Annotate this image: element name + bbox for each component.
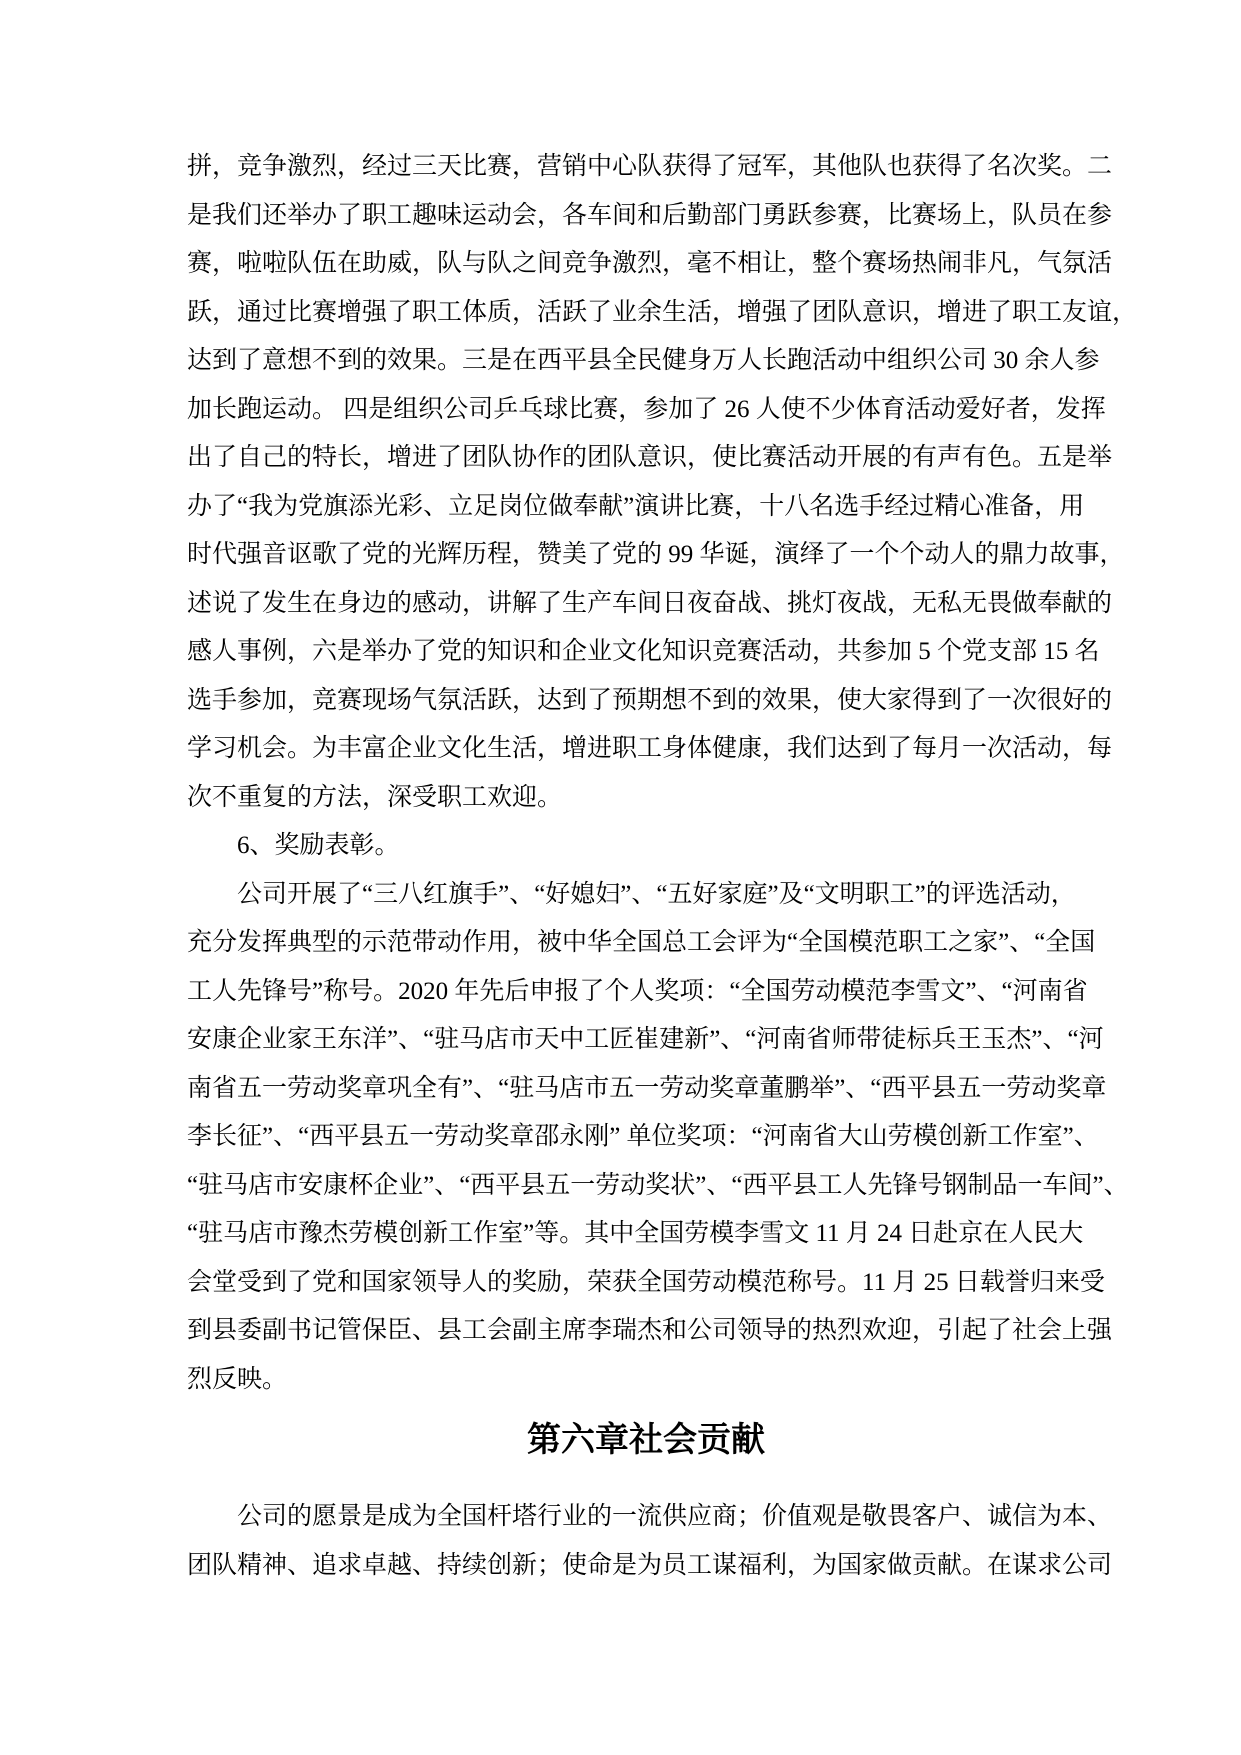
text-line: 团队精神、追求卓越、持续创新；使命是为员工谋福利，为国家做贡献。在谋求公司 [187,1542,1105,1591]
document-body: 拼，竞争激烈，经过三天比赛，营销中心队获得了冠军，其他队也获得了名次奖。二是我们… [187,143,1105,1590]
paragraph: 公司的愿景是成为全国杆塔行业的一流供应商；价值观是敬畏客户、诚信为本、团队精神、… [187,1493,1105,1590]
text-line: 时代强音讴歌了党的光辉历程，赞美了党的 99 华诞，演绎了一个个动人的鼎力故事， [187,531,1105,580]
text-line: 安康企业家王东洋”、“驻马店市天中工匠崔建新”、“河南省师带徒标兵王玉杰”、“河 [187,1016,1105,1065]
paragraph-group-after-heading: 公司的愿景是成为全国杆塔行业的一流供应商；价值观是敬畏客户、诚信为本、团队精神、… [187,1493,1105,1590]
text-line: 工人先锋号”称号。2020 年先后申报了个人奖项：“全国劳动模范李雪文”、“河南… [187,968,1105,1017]
text-line: 公司的愿景是成为全国杆塔行业的一流供应商；价值观是敬畏客户、诚信为本、 [187,1493,1105,1542]
paragraph-group-before-heading: 拼，竞争激烈，经过三天比赛，营销中心队获得了冠军，其他队也获得了名次奖。二是我们… [187,143,1105,1404]
text-line: 到县委副书记管保臣、县工会副主席李瑞杰和公司领导的热烈欢迎，引起了社会上强 [187,1307,1105,1356]
paragraph: 6、奖励表彰。 [187,822,1105,871]
text-line: 出了自己的特长，增进了团队协作的团队意识，使比赛活动开展的有声有色。五是举 [187,434,1105,483]
text-line: 烈反映。 [187,1356,1105,1405]
text-line: “驻马店市豫杰劳模创新工作室”等。其中全国劳模李雪文 11 月 24 日赴京在人… [187,1210,1105,1259]
text-line: 拼，竞争激烈，经过三天比赛，营销中心队获得了冠军，其他队也获得了名次奖。二 [187,143,1105,192]
text-line: “驻马店市安康杯企业”、“西平县五一劳动奖状”、“西平县工人先锋号钢制品一车间”… [187,1162,1105,1211]
text-line: 次不重复的方法，深受职工欢迎。 [187,774,1105,823]
paragraph: 公司开展了“三八红旗手”、“好媳妇”、“五好家庭”及“文明职工”的评选活动，充分… [187,871,1105,1405]
text-line: 感人事例，六是举办了党的知识和企业文化知识竞赛活动，共参加 5 个党支部 15 … [187,628,1105,677]
text-line: 会堂受到了党和国家领导人的奖励，荣获全国劳动模范称号。11 月 25 日载誉归来… [187,1259,1105,1308]
text-line: 赛，啦啦队伍在助威，队与队之间竞争激烈，毫不相让，整个赛场热闹非凡，气氛活 [187,240,1105,289]
text-line: 充分发挥典型的示范带动作用，被中华全国总工会评为“全国模范职工之家”、“全国 [187,919,1105,968]
text-line: 学习机会。为丰富企业文化生活，增进职工身体健康，我们达到了每月一次活动，每 [187,725,1105,774]
text-line: 办了“我为党旗添光彩、立足岗位做奉献”演讲比赛，十八名选手经过精心准备，用 [187,483,1105,532]
text-line: 李长征”、“西平县五一劳动奖章邵永刚” 单位奖项：“河南省大山劳模创新工作室”、 [187,1113,1105,1162]
text-line: 述说了发生在身边的感动，讲解了生产车间日夜奋战、挑灯夜战，无私无畏做奉献的 [187,580,1105,629]
document-page: 拼，竞争激烈，经过三天比赛，营销中心队获得了冠军，其他队也获得了名次奖。二是我们… [0,0,1241,1755]
text-line: 南省五一劳动奖章巩全有”、“驻马店市五一劳动奖章董鹏举”、“西平县五一劳动奖章 [187,1065,1105,1114]
text-line: 6、奖励表彰。 [187,822,1105,871]
text-line: 跃，通过比赛增强了职工体质，活跃了业余生活，增强了团队意识，增进了职工友谊， [187,289,1105,338]
text-line: 是我们还举办了职工趣味运动会，各车间和后勤部门勇跃参赛，比赛场上，队员在参 [187,192,1105,241]
text-line: 公司开展了“三八红旗手”、“好媳妇”、“五好家庭”及“文明职工”的评选活动， [187,871,1105,920]
chapter-heading: 第六章社会贡献 [187,1411,1105,1471]
text-line: 加长跑运动。 四是组织公司乒乓球比赛，参加了 26 人使不少体育活动爱好者，发挥 [187,386,1105,435]
text-line: 选手参加，竞赛现场气氛活跃，达到了预期想不到的效果，使大家得到了一次很好的 [187,677,1105,726]
text-line: 达到了意想不到的效果。三是在西平县全民健身万人长跑活动中组织公司 30 余人参 [187,337,1105,386]
paragraph: 拼，竞争激烈，经过三天比赛，营销中心队获得了冠军，其他队也获得了名次奖。二是我们… [187,143,1105,822]
